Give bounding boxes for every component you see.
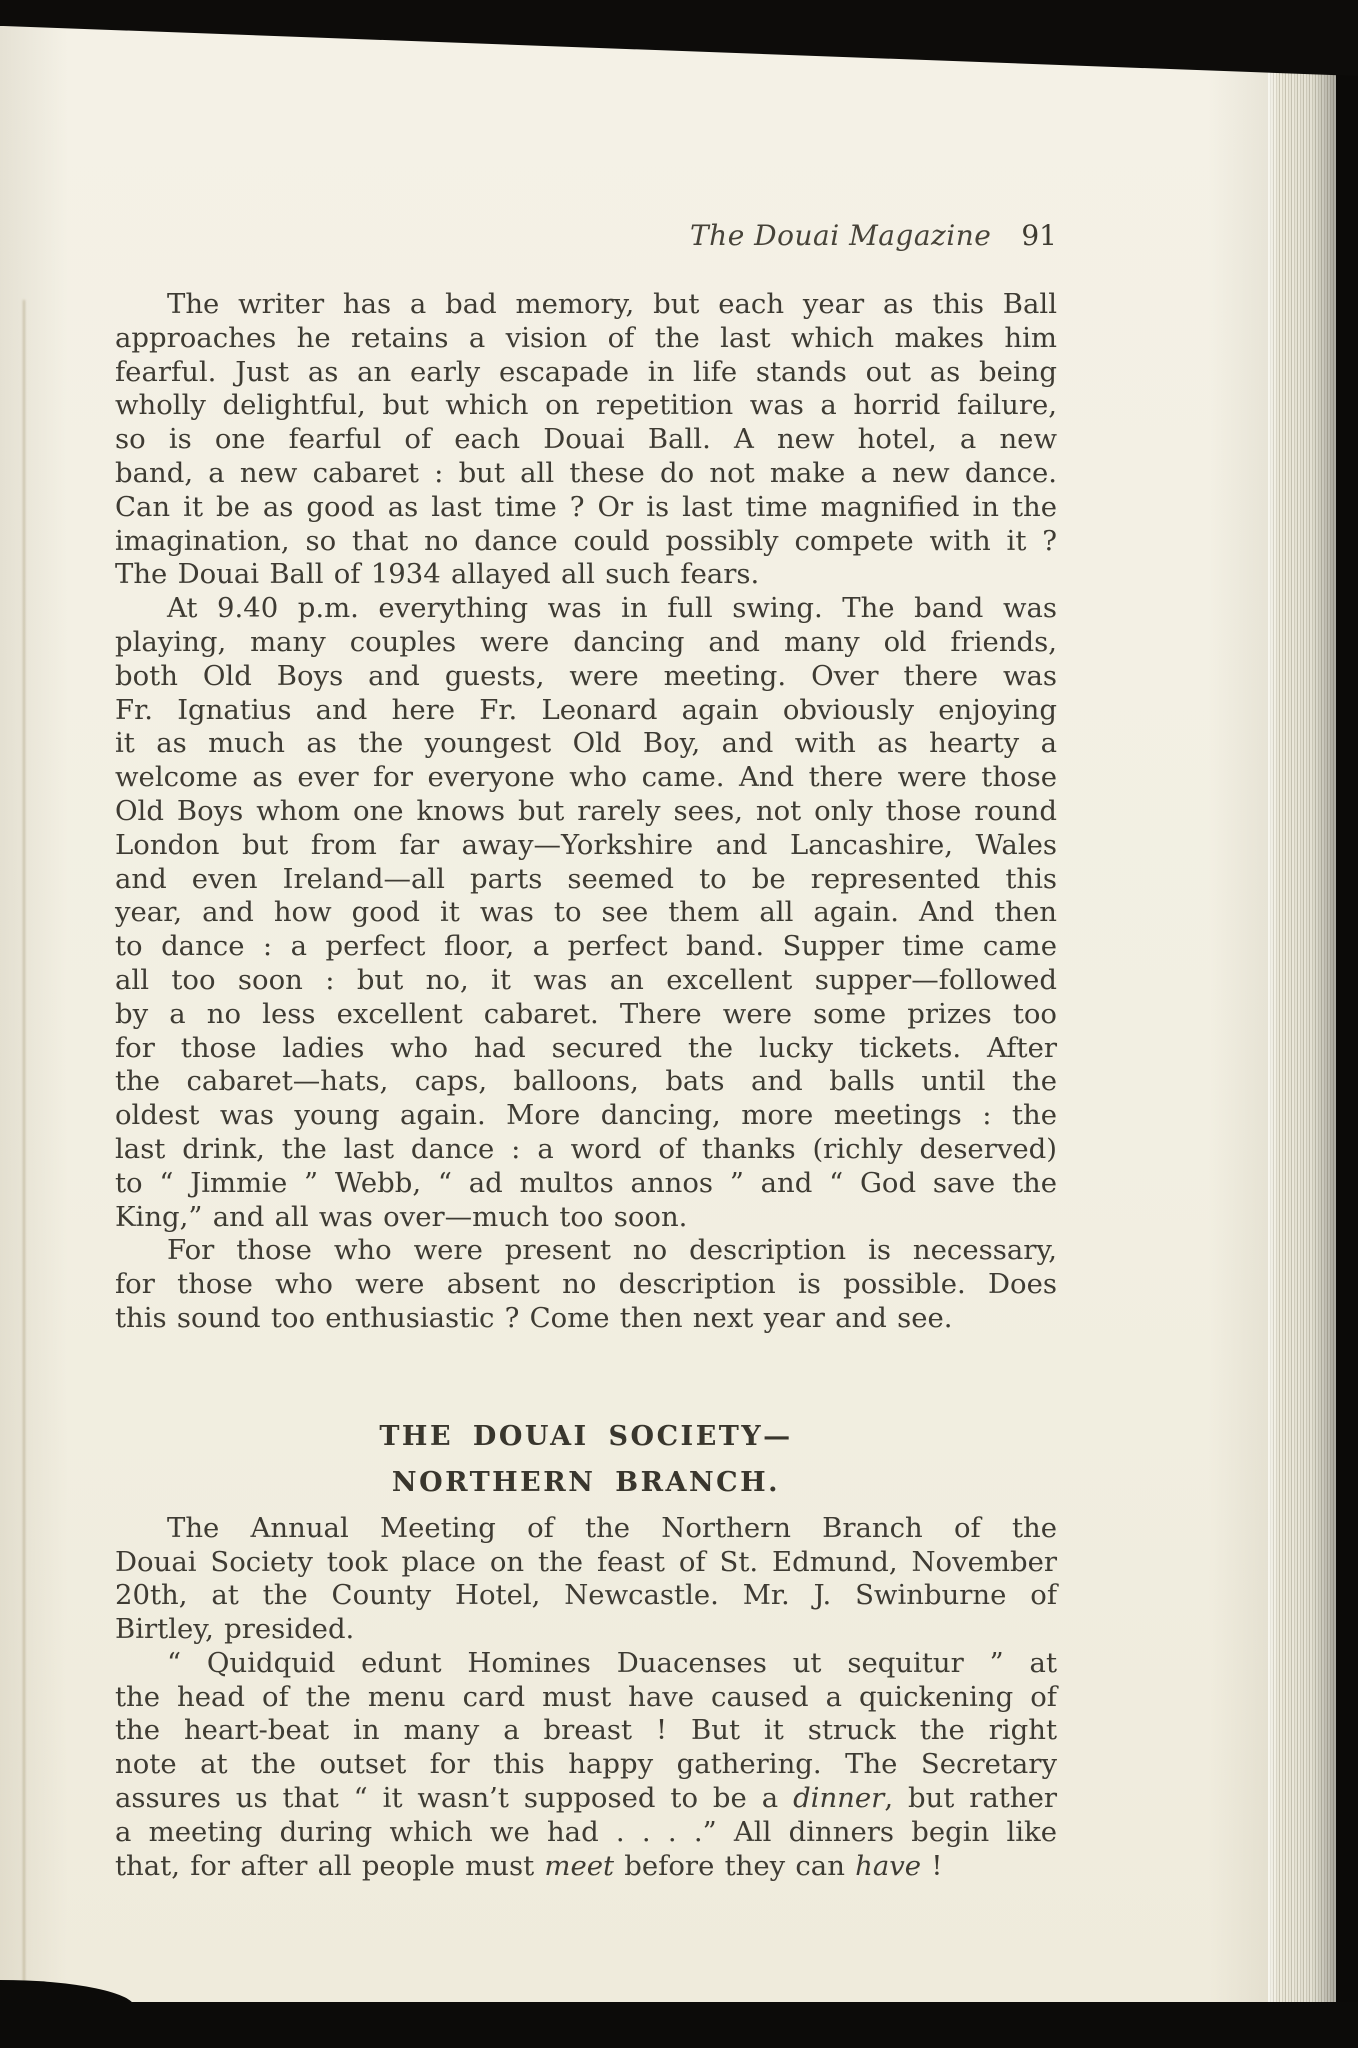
text-line: London but from far away—Yorkshire and L…	[115, 829, 1057, 863]
text-line: that, for after all people must meet bef…	[115, 1850, 1057, 1884]
page-stack-fore-edge	[1268, 64, 1336, 2008]
text-line: assures us that “ it wasn’t supposed to …	[115, 1782, 1057, 1816]
text-line: both Old Boys and guests, were meeting. …	[115, 660, 1057, 694]
text-line: At 9.40 p.m. everything was in full swin…	[115, 592, 1057, 626]
section-heading-line-2: NORTHERN BRANCH.	[115, 1460, 1057, 1506]
text-segment: to dance : a perfect floor, a perfect ba…	[115, 930, 1057, 962]
page-number: 91	[1021, 219, 1057, 252]
text-segment: At 9.40 p.m. everything was in full swin…	[167, 592, 1057, 624]
text-segment: 20th, at the County Hotel, Newcastle. Mr…	[115, 1579, 1057, 1611]
text-segment: a meeting during which we had . . . .” A…	[115, 1816, 1057, 1848]
italic-text: dinner	[793, 1782, 884, 1814]
text-segment: for those who were absent no description…	[115, 1268, 1057, 1300]
text-segment: Can it be as good as last time ? Or is l…	[115, 491, 1057, 523]
running-head: The Douai Magazine91	[115, 219, 1057, 252]
text-segment: !	[921, 1850, 942, 1882]
text-segment: The Douai Ball of 1934 allayed all such …	[115, 558, 759, 590]
text-segment: oldest was young again. More dancing, mo…	[115, 1099, 1057, 1131]
text-line: this sound too enthusiastic ? Come then …	[115, 1302, 1057, 1336]
text-line: fearful. Just as an early escapade in li…	[115, 356, 1057, 390]
text-segment: The Annual Meeting of the Northern Branc…	[167, 1512, 1057, 1544]
text-segment: note at the outset for this happy gather…	[115, 1748, 1057, 1780]
text-line: The Douai Ball of 1934 allayed all such …	[115, 558, 1057, 592]
text-segment: the head of the menu card must have caus…	[115, 1681, 1057, 1713]
text-segment: wholly delightful, but which on repetiti…	[115, 389, 1057, 421]
text-segment: playing, many couples were dancing and m…	[115, 626, 1057, 658]
book-cover-right-edge	[1336, 0, 1358, 2048]
text-line: Can it be as good as last time ? Or is l…	[115, 491, 1057, 525]
text-line: 20th, at the County Hotel, Newcastle. Mr…	[115, 1579, 1057, 1613]
text-segment: for those ladies who had secured the luc…	[115, 1032, 1057, 1064]
page-crease	[23, 300, 25, 1990]
text-segment: Birtley, presided.	[115, 1613, 354, 1645]
text-line: For those who were present no descriptio…	[115, 1234, 1057, 1268]
text-segment: For those who were present no descriptio…	[167, 1234, 1057, 1266]
text-line: King,” and all was over—much too soon.	[115, 1201, 1057, 1235]
text-line: the cabaret—hats, caps, balloons, bats a…	[115, 1065, 1057, 1099]
text-segment: by a no less excellent cabaret. There we…	[115, 998, 1057, 1030]
text-line: for those ladies who had secured the luc…	[115, 1032, 1057, 1066]
text-segment: and even Ireland—all parts seemed to be …	[115, 863, 1057, 895]
text-segment: The writer has a bad memory, but each ye…	[167, 288, 1057, 320]
text-line: to dance : a perfect floor, a perfect ba…	[115, 930, 1057, 964]
text-line: for those who were absent no description…	[115, 1268, 1057, 1302]
text-segment: Old Boys whom one knows but rarely sees,…	[115, 795, 1057, 827]
text-line: “ Quidquid edunt Homines Duacenses ut se…	[115, 1647, 1057, 1681]
section-heading: THE DOUAI SOCIETY— NORTHERN BRANCH.	[115, 1414, 1057, 1506]
text-line: Fr. Ignatius and here Fr. Leonard again …	[115, 694, 1057, 728]
text-segment: the cabaret—hats, caps, balloons, bats a…	[115, 1065, 1057, 1097]
text-line: and even Ireland—all parts seemed to be …	[115, 863, 1057, 897]
paragraph-ball-evening: At 9.40 p.m. everything was in full swin…	[115, 592, 1057, 1234]
text-line: the head of the menu card must have caus…	[115, 1681, 1057, 1715]
text-segment: , but rather	[884, 1782, 1057, 1814]
text-line: The writer has a bad memory, but each ye…	[115, 288, 1057, 322]
text-line: it as much as the youngest Old Boy, and …	[115, 727, 1057, 761]
text-line: year, and how good it was to see them al…	[115, 896, 1057, 930]
text-line: the heart-beat in many a breast ! But it…	[115, 1714, 1057, 1748]
text-segment: that, for after all people must	[115, 1850, 544, 1882]
text-line: Birtley, presided.	[115, 1613, 1057, 1647]
magazine-title: The Douai Magazine	[690, 219, 991, 252]
text-line: by a no less excellent cabaret. There we…	[115, 998, 1057, 1032]
text-segment: band, a new cabaret : but all these do n…	[115, 457, 1057, 489]
text-line: The Annual Meeting of the Northern Branc…	[115, 1512, 1057, 1546]
text-segment: it as much as the youngest Old Boy, and …	[115, 727, 1057, 759]
text-line: welcome as ever for everyone who came. A…	[115, 761, 1057, 795]
text-segment: this sound too enthusiastic ? Come then …	[115, 1302, 953, 1334]
text-column: The writer has a bad memory, but each ye…	[115, 288, 1057, 1883]
text-line: wholly delightful, but which on repetiti…	[115, 389, 1057, 423]
paragraph-ball-memory: The writer has a bad memory, but each ye…	[115, 288, 1057, 592]
text-segment: both Old Boys and guests, were meeting. …	[115, 660, 1057, 692]
section-heading-line-1: THE DOUAI SOCIETY—	[115, 1414, 1057, 1460]
text-segment: Fr. Ignatius and here Fr. Leonard again …	[115, 694, 1057, 726]
text-segment: Douai Society took place on the feast of…	[115, 1546, 1057, 1578]
text-line: last drink, the last dance : a word of t…	[115, 1133, 1057, 1167]
text-segment: all too soon : but no, it was an excelle…	[115, 964, 1057, 996]
paragraph-annual-meeting: The Annual Meeting of the Northern Branc…	[115, 1512, 1057, 1647]
text-line: Douai Society took place on the feast of…	[115, 1546, 1057, 1580]
text-segment: the heart-beat in many a breast ! But it…	[115, 1714, 1057, 1746]
text-segment: London but from far away—Yorkshire and L…	[115, 829, 1057, 861]
text-line: a meeting during which we had . . . .” A…	[115, 1816, 1057, 1850]
italic-text: meet	[544, 1850, 614, 1882]
italic-text: have	[855, 1850, 921, 1882]
text-segment: to “ Jimmie ” Webb, “ ad multos annos ” …	[115, 1167, 1057, 1199]
text-segment: “ Quidquid edunt Homines Duacenses ut se…	[167, 1647, 1057, 1679]
paragraph-ball-closing: For those who were present no descriptio…	[115, 1234, 1057, 1335]
text-segment: before they can	[614, 1850, 855, 1882]
book-cover-bottom-edge	[0, 2002, 1358, 2048]
text-line: so is one fearful of each Douai Ball. A …	[115, 423, 1057, 457]
text-segment: imagination, so that no dance could poss…	[115, 525, 1057, 557]
text-line: band, a new cabaret : but all these do n…	[115, 457, 1057, 491]
gutter-shadow	[0, 26, 80, 2004]
text-segment: approaches he retains a vision of the la…	[115, 322, 1057, 354]
text-line: imagination, so that no dance could poss…	[115, 525, 1057, 559]
text-segment: year, and how good it was to see them al…	[115, 896, 1057, 928]
text-segment: assures us that “ it wasn’t supposed to …	[115, 1782, 793, 1814]
text-segment: King,” and all was over—much too soon.	[115, 1201, 687, 1233]
text-line: oldest was young again. More dancing, mo…	[115, 1099, 1057, 1133]
text-line: note at the outset for this happy gather…	[115, 1748, 1057, 1782]
text-line: playing, many couples were dancing and m…	[115, 626, 1057, 660]
paragraph-menu-card: “ Quidquid edunt Homines Duacenses ut se…	[115, 1647, 1057, 1884]
scanned-book-page: The Douai Magazine91 The writer has a ba…	[0, 0, 1358, 2048]
text-line: Old Boys whom one knows but rarely sees,…	[115, 795, 1057, 829]
text-segment: so is one fearful of each Douai Ball. A …	[115, 423, 1057, 455]
text-segment: fearful. Just as an early escapade in li…	[115, 356, 1057, 388]
text-segment: last drink, the last dance : a word of t…	[115, 1133, 1057, 1165]
text-line: approaches he retains a vision of the la…	[115, 322, 1057, 356]
text-line: to “ Jimmie ” Webb, “ ad multos annos ” …	[115, 1167, 1057, 1201]
text-segment: welcome as ever for everyone who came. A…	[115, 761, 1057, 793]
text-line: all too soon : but no, it was an excelle…	[115, 964, 1057, 998]
